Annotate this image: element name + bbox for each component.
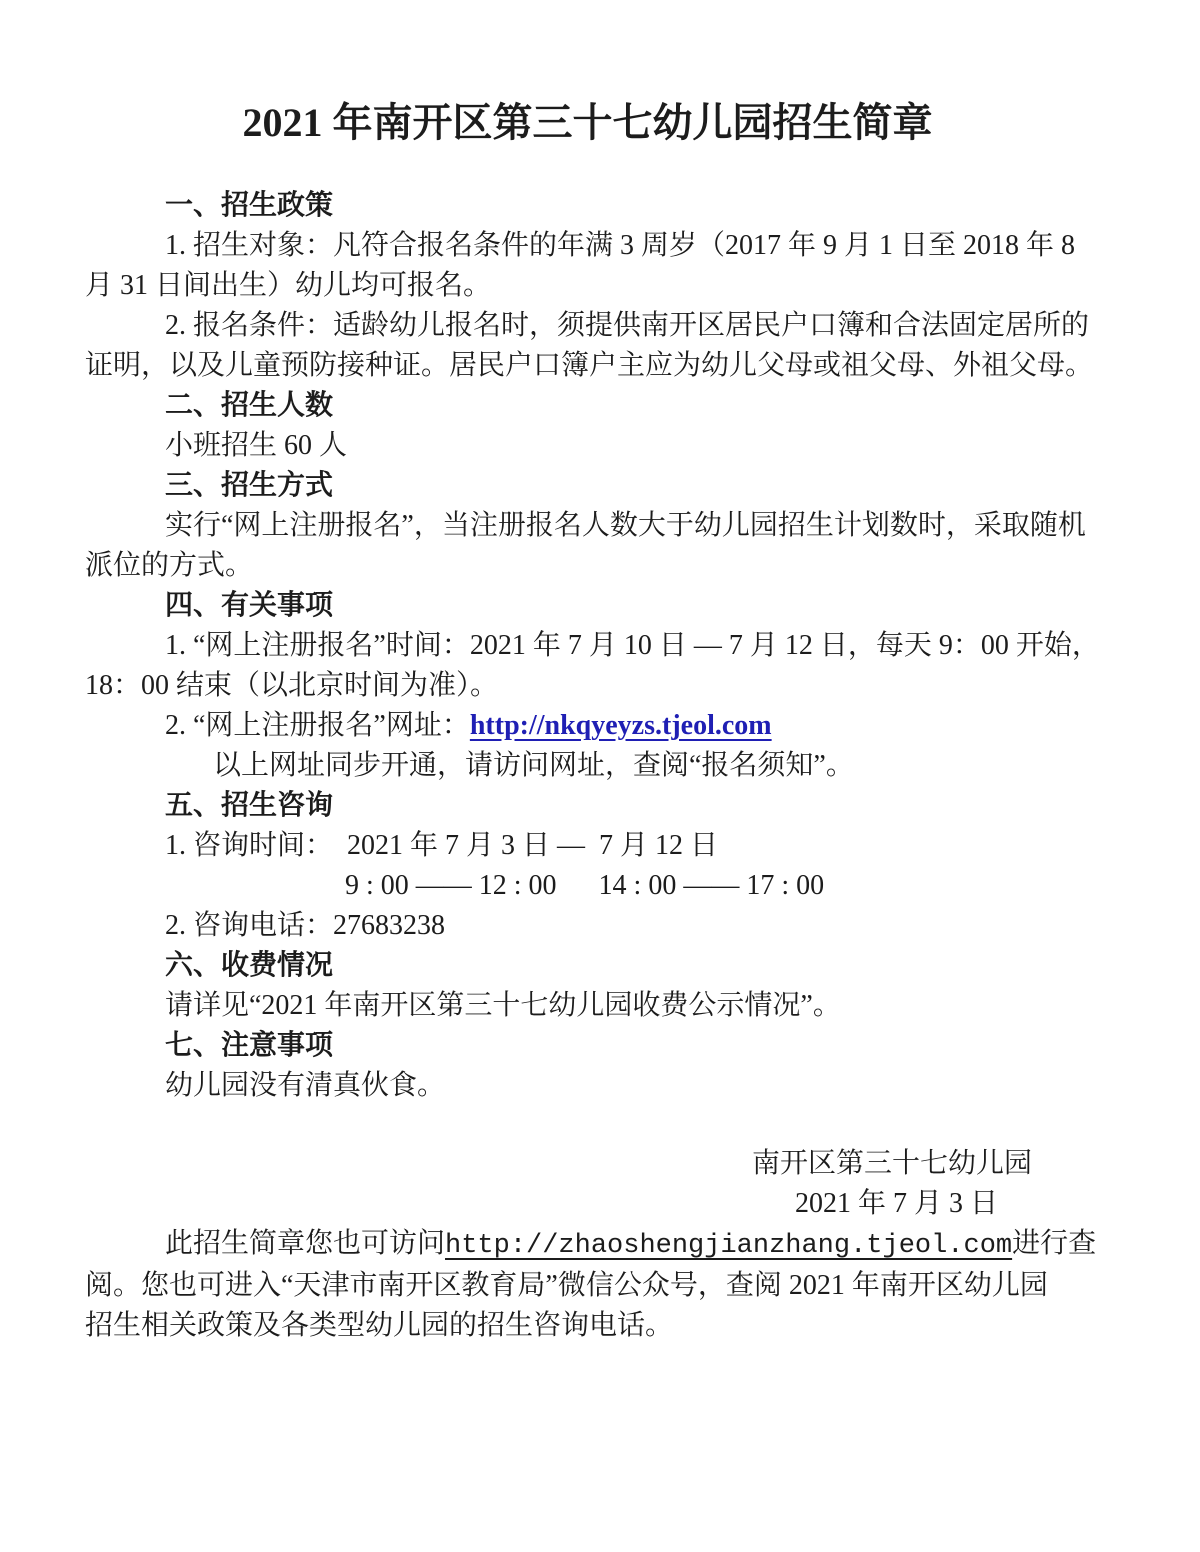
section1-item1-line2: 月 31 日间出生）幼儿均可报名。 — [85, 266, 1090, 306]
section4-item2-prefix: 2. “网上注册报名”网址： — [165, 710, 470, 741]
section5-item1: 1. 咨询时间： 2021 年 7 月 3 日 — 7 月 12 日 — [85, 826, 1090, 866]
section2-heading: 二、招生人数 — [85, 386, 1090, 426]
footer-line1: 此招生简章您也可访问http://zhaoshengjianzhang.tjeo… — [85, 1224, 1090, 1266]
section6-body: 请详见“2021 年南开区第三十七幼儿园收费公示情况”。 — [85, 986, 1090, 1026]
signature-block: 南开区第三十七幼儿园 2021 年 7 月 3 日 — [85, 1144, 1090, 1224]
section4-item1-line2: 18：00 结束（以北京时间为准）。 — [85, 666, 1090, 706]
section3-line1: 实行“网上注册报名”，当注册报名人数大于幼儿园招生计划数时，采取随机 — [85, 506, 1090, 546]
section4-item2-note: 以上网址同步开通，请访问网址，查阅“报名须知”。 — [85, 746, 1090, 786]
section1-item2-line2: 证明，以及儿童预防接种证。居民户口簿户主应为幼儿父母或祖父母、外祖父母。 — [85, 346, 1090, 386]
section7-heading: 七、注意事项 — [85, 1026, 1090, 1066]
section3-line2: 派位的方式。 — [85, 546, 1090, 586]
footer-line2: 阅。您也可进入“天津市南开区教育局”微信公众号，查阅 2021 年南开区幼儿园 — [85, 1266, 1090, 1306]
section7-body: 幼儿园没有清真伙食。 — [85, 1066, 1090, 1106]
section2-body: 小班招生 60 人 — [85, 426, 1090, 466]
section4-heading: 四、有关事项 — [85, 586, 1090, 626]
announcement-url-link[interactable]: http://zhaoshengjianzhang.tjeol.com — [445, 1231, 1012, 1261]
section5-item2: 2. 咨询电话：27683238 — [85, 906, 1090, 946]
registration-url-link[interactable]: http://nkqyeyzs.tjeol.com — [470, 710, 772, 741]
signature-organization: 南开区第三十七幼儿园 — [85, 1144, 1090, 1184]
section1-heading: 一、招生政策 — [85, 186, 1090, 226]
section6-heading: 六、收费情况 — [85, 946, 1090, 986]
section4-item2-line: 2. “网上注册报名”网址：http://nkqyeyzs.tjeol.com — [85, 706, 1090, 746]
section4-item1-line1: 1. “网上注册报名”时间：2021 年 7 月 10 日 — 7 月 12 日… — [85, 626, 1090, 666]
section5-item1-times: 9 : 00 —— 12 : 00 14 : 00 —— 17 : 00 — [85, 866, 1090, 906]
footer-line1-prefix: 此招生简章您也可访问 — [165, 1228, 445, 1259]
section3-heading: 三、招生方式 — [85, 466, 1090, 506]
document-title: 2021 年南开区第三十七幼儿园招生简章 — [85, 98, 1090, 148]
section1-item2-line1: 2. 报名条件：适龄幼儿报名时，须提供南开区居民户口簿和合法固定居所的 — [85, 306, 1090, 346]
section5-heading: 五、招生咨询 — [85, 786, 1090, 826]
document-page: 2021 年南开区第三十七幼儿园招生简章 一、招生政策 1. 招生对象：凡符合报… — [0, 0, 1200, 1552]
section1-item1-line1: 1. 招生对象：凡符合报名条件的年满 3 周岁（2017 年 9 月 1 日至 … — [85, 226, 1090, 266]
footer-line1-suffix: 进行查 — [1012, 1228, 1096, 1259]
footer-line3: 招生相关政策及各类型幼儿园的招生咨询电话。 — [85, 1306, 1090, 1346]
signature-date: 2021 年 7 月 3 日 — [85, 1184, 1090, 1224]
